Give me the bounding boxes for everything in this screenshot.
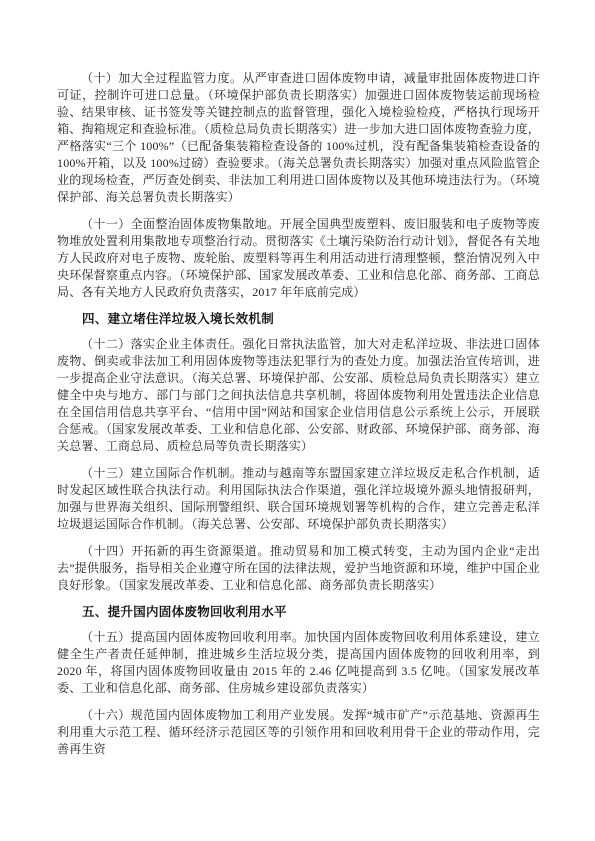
paragraph-item-15: （十五）提高国内固体废物回收利用率。加快国内固体废物回收利用体系建设，建立健全生… <box>57 629 540 697</box>
paragraph-item-16: （十六）规范国内固体废物加工利用产业发展。发挥“城市矿产”示范基地、资源再生利用… <box>57 707 540 758</box>
section-heading-5: 五、提升国内固体废物回收利用水平 <box>57 604 540 621</box>
paragraph-item-11: （十一）全面整治固体废物集散地。开展全国典型废塑料、废旧服装和电子废物等废物堆放… <box>57 216 540 301</box>
paragraph-item-12: （十二）落实企业主体责任。强化日常执法监管，加大对走私洋垃圾、非法进口固体废物、… <box>57 336 540 455</box>
document-content: （十）加大全过程监管力度。从严审查进口固体废物申请，减量审批固体废物进口许可证，… <box>57 70 540 768</box>
document-page: （十）加大全过程监管力度。从严审查进口固体废物申请，减量审批固体废物进口许可证，… <box>0 0 595 841</box>
paragraph-item-13: （十三）建立国际合作机制。推动与越南等东盟国家建立洋垃圾反走私合作机制，适时发起… <box>57 465 540 533</box>
section-heading-4: 四、建立堵住洋垃圾入境长效机制 <box>57 311 540 328</box>
paragraph-item-14: （十四）开拓新的再生资源渠道。推动贸易和加工模式转变，主动为国内企业“走出去”提… <box>57 543 540 594</box>
paragraph-item-10: （十）加大全过程监管力度。从严审查进口固体废物申请，减量审批固体废物进口许可证，… <box>57 70 540 206</box>
